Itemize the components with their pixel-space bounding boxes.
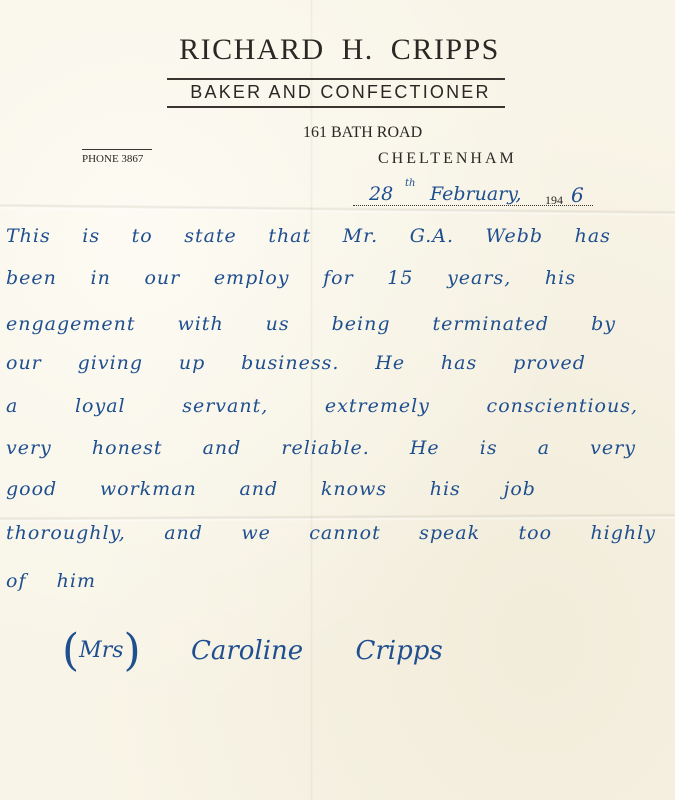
body-word: engagement [6, 313, 136, 335]
body-word: very [6, 437, 52, 459]
date-day-suffix: th [405, 178, 415, 189]
body-word: 15 [387, 267, 413, 289]
body-word: He [375, 352, 405, 374]
body-word: in [91, 267, 111, 289]
signature-close-paren: ) [124, 625, 141, 676]
body-line: engagementwithusbeingterminatedby [6, 313, 616, 335]
body-line: aloyalservant,extremelyconscientious, [6, 395, 638, 417]
body-word: and [239, 478, 278, 500]
letterhead-rule-top [167, 78, 505, 80]
body-word: we [241, 522, 271, 544]
body-word: conscientious, [487, 395, 638, 417]
body-word: has [441, 352, 477, 374]
body-word: Mr. [343, 225, 379, 247]
body-word: good [6, 478, 57, 500]
body-word: thoroughly, [6, 522, 126, 544]
signature-open-paren: ( [62, 625, 79, 676]
body-line: ThisistostatethatMr.G.A.Webbhas [6, 225, 611, 247]
body-word: up [179, 352, 205, 374]
body-line: beeninouremployfor15years,his [6, 267, 576, 289]
body-word: him [57, 570, 96, 592]
date-year-handwritten: 6 [571, 183, 584, 207]
body-word: and [164, 522, 203, 544]
body-word: has [575, 225, 611, 247]
body-word: years, [447, 267, 511, 289]
body-word: been [6, 267, 57, 289]
body-word: Webb [486, 225, 544, 247]
body-word: reliable. [281, 437, 369, 459]
body-word: loyal [75, 395, 126, 417]
signature-first-name: Caroline [191, 636, 303, 666]
signature: (Mrs) Caroline Cripps [62, 625, 443, 676]
body-word: and [203, 437, 242, 459]
body-line: ofhim [6, 570, 96, 592]
body-word: a [538, 437, 550, 459]
body-word: his [545, 267, 576, 289]
body-word: honest [92, 437, 163, 459]
date-month: February, [430, 183, 522, 205]
body-word: speak [419, 522, 480, 544]
body-word: too [519, 522, 553, 544]
body-word: employ [214, 267, 290, 289]
body-line: goodworkmanandknowshisjob [6, 478, 536, 500]
body-word: job [503, 478, 536, 500]
letterhead-trade: BAKER AND CONFECTIONER [0, 82, 675, 103]
body-word: state [184, 225, 237, 247]
letterhead-business-name: RICHARD H. CRIPPS [0, 33, 675, 67]
body-word: highly [590, 522, 656, 544]
address-street: 161 BATH ROAD [303, 124, 422, 142]
body-word: servant, [182, 395, 268, 417]
body-word: us [266, 313, 290, 335]
body-word: He [410, 437, 440, 459]
phone-rule [82, 149, 152, 150]
body-word: our [144, 267, 180, 289]
body-word: giving [78, 352, 143, 374]
body-word: cannot [309, 522, 381, 544]
body-word: that [268, 225, 311, 247]
date-day: 28 [369, 183, 393, 205]
signature-title: Mrs [79, 638, 123, 663]
signature-surname: Cripps [355, 636, 442, 666]
body-word: proved [513, 352, 586, 374]
body-line: veryhonestandreliable.Heisavery [6, 437, 636, 459]
body-word: is [480, 437, 498, 459]
phone-number: PHONE 3867 [82, 153, 143, 165]
body-word: is [82, 225, 100, 247]
body-word: workman [100, 478, 197, 500]
body-word: a [6, 395, 18, 417]
body-word: being [332, 313, 391, 335]
body-line: thoroughly,andwecannotspeaktoohighly [6, 522, 656, 544]
body-word: to [132, 225, 153, 247]
body-word: of [6, 570, 26, 592]
body-word: very [590, 437, 636, 459]
body-word: for [323, 267, 354, 289]
body-word: his [430, 478, 461, 500]
body-word: business. [241, 352, 339, 374]
body-word: our [6, 352, 42, 374]
date-year-printed: 194 [545, 193, 563, 208]
body-word: with [177, 313, 223, 335]
letterhead-rule-bottom [167, 106, 505, 108]
body-word: G.A. [410, 225, 454, 247]
body-word: This [6, 225, 51, 247]
body-word: terminated [432, 313, 549, 335]
body-word: knows [321, 478, 387, 500]
body-word: by [591, 313, 616, 335]
address-town: CHELTENHAM [378, 150, 517, 168]
body-line: ourgivingupbusiness.Hehasproved [6, 352, 586, 374]
body-word: extremely [325, 395, 430, 417]
